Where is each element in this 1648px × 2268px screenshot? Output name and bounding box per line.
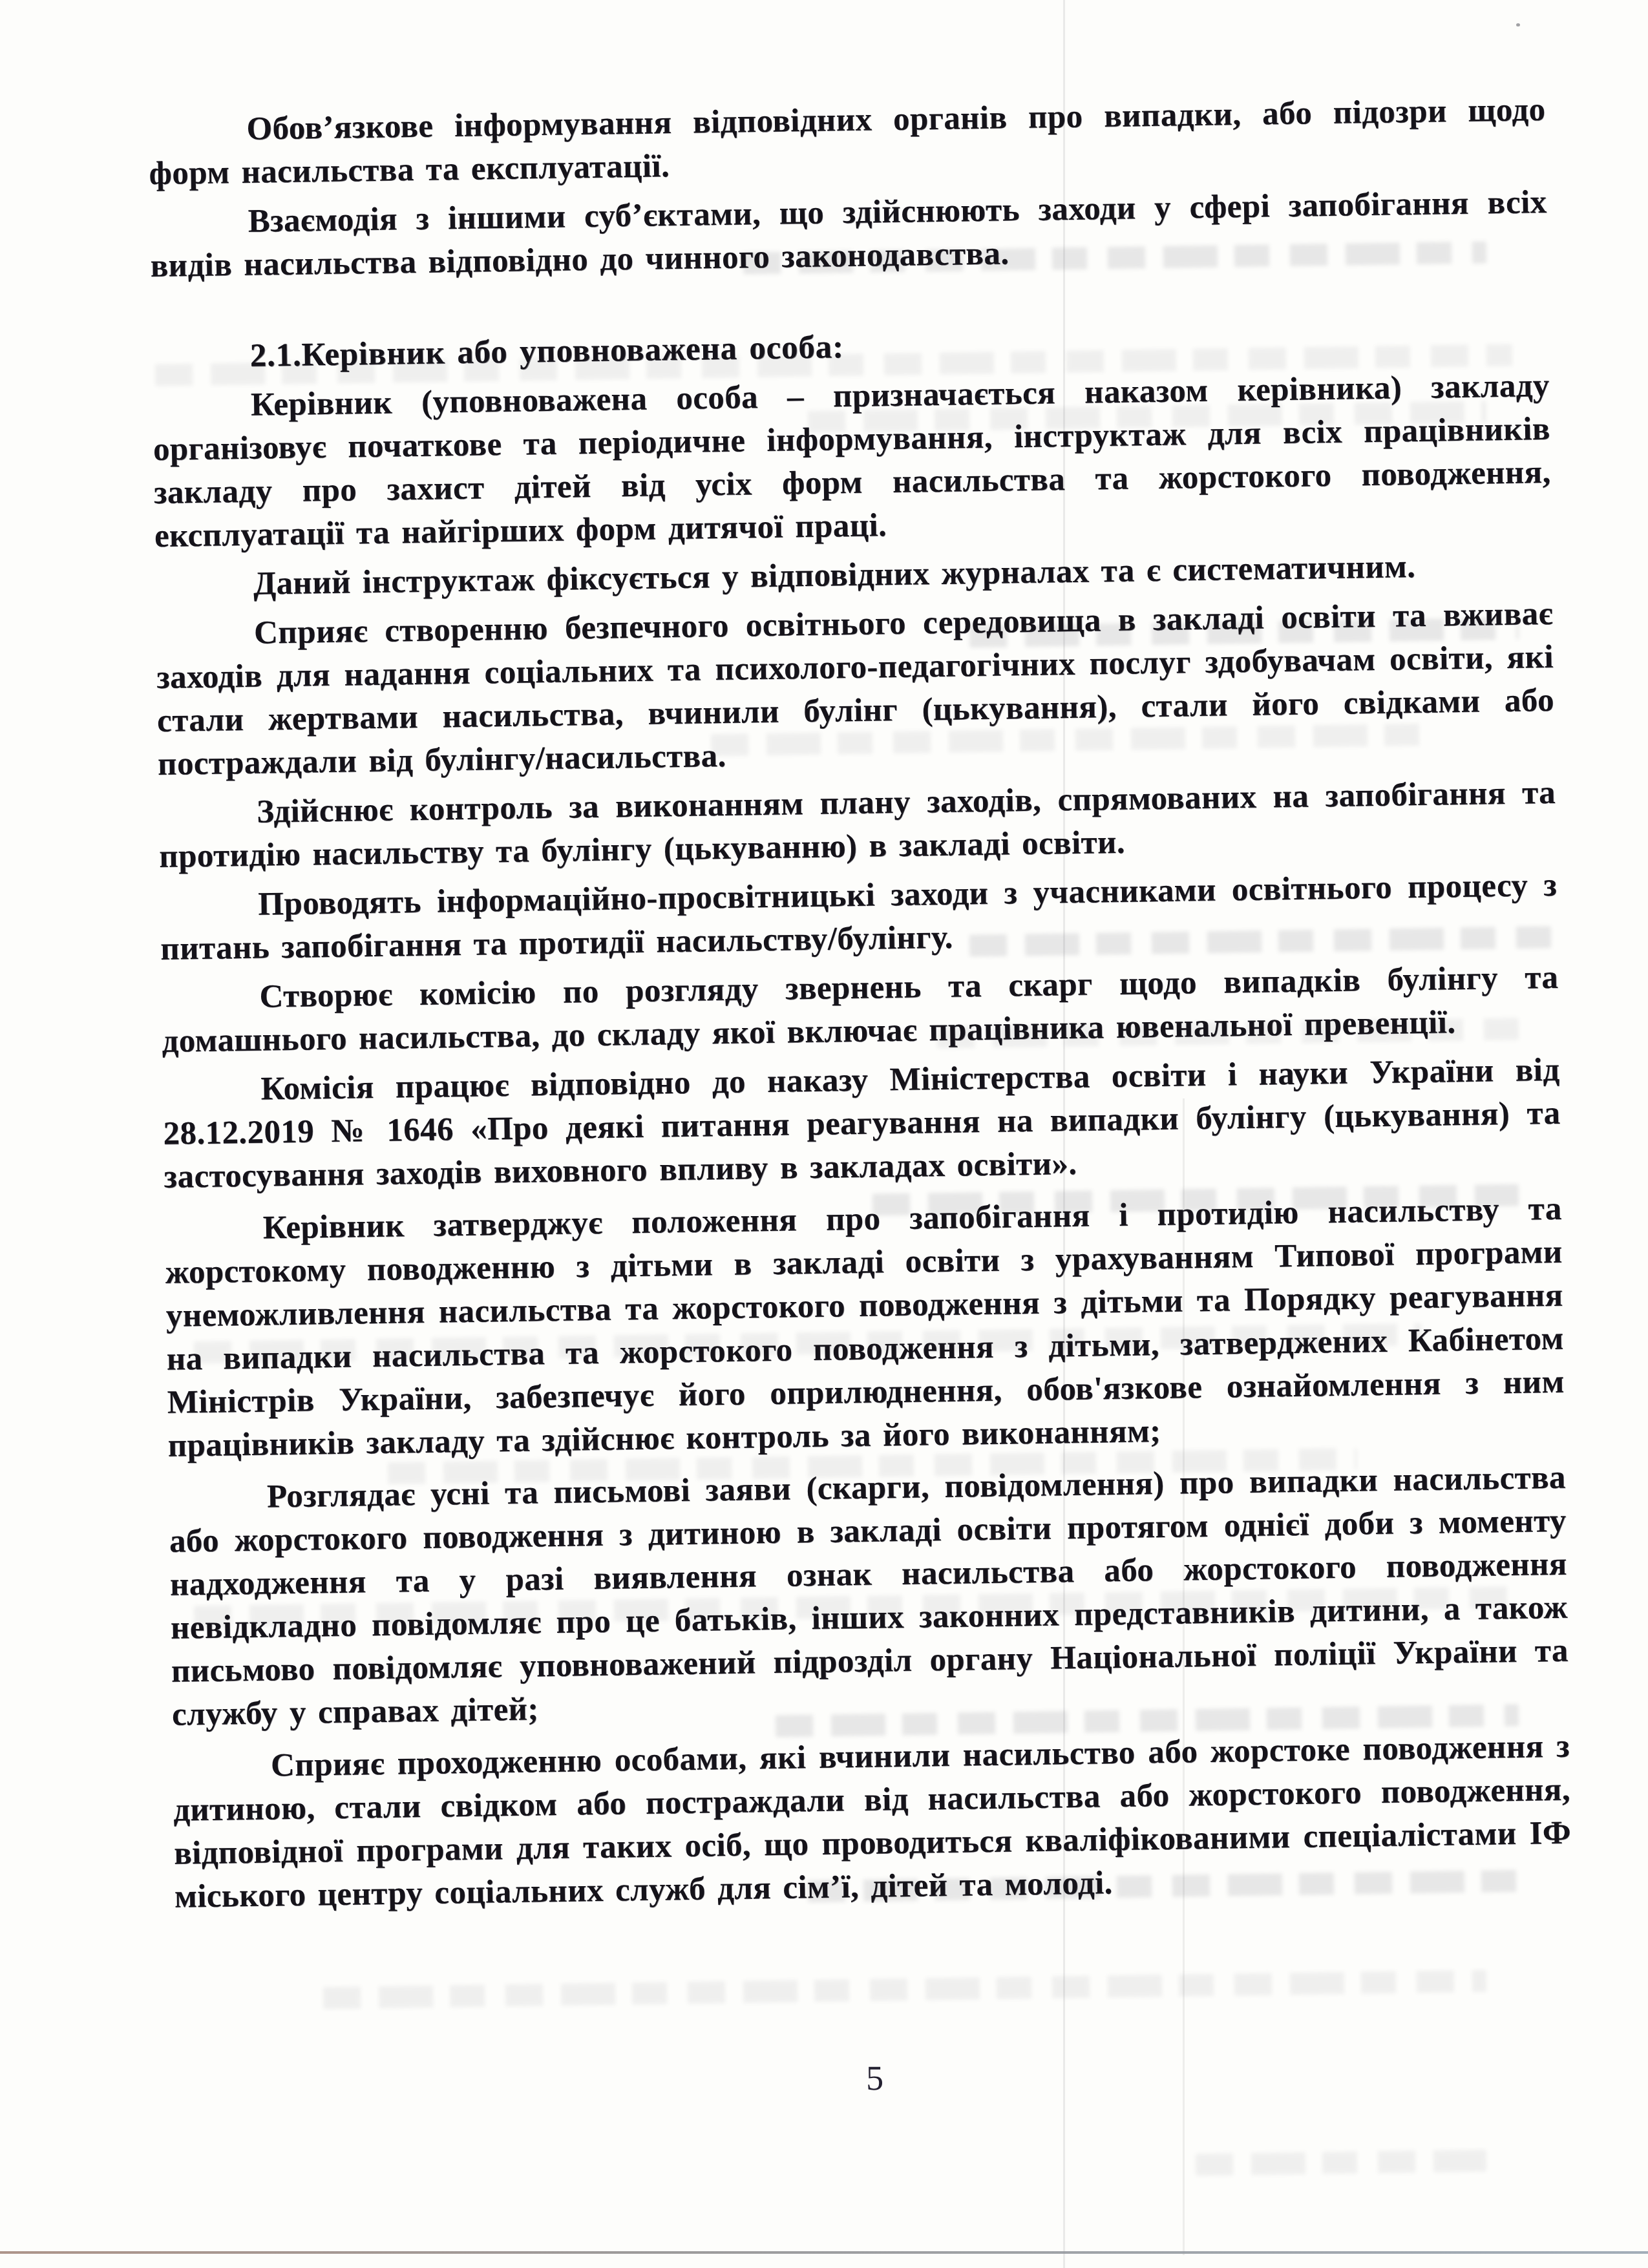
bleed-through-artifact	[1196, 2150, 1486, 2176]
document-page: Обов’язкове інформування відповідних орг…	[0, 0, 1648, 2268]
paragraph: Сприяє проходженню особами, які вчинили …	[173, 1725, 1572, 1919]
paragraph: Взаємодія з іншими суб’єктами, що здійсн…	[149, 181, 1548, 288]
paragraph: Розглядає усні та письмові заяви (скарги…	[168, 1456, 1569, 1737]
bleed-through-artifact	[323, 1970, 1486, 2010]
paragraph: Керівник (уповноважена особа – призначає…	[152, 364, 1552, 558]
paragraph: Створює комісію по розгляду звернень та …	[161, 956, 1559, 1064]
paragraph: Обов’язкове інформування відповідних орг…	[148, 89, 1547, 196]
paragraph: Керівник затверджує положення про запобі…	[164, 1188, 1565, 1468]
paragraph: Комісія працює відповідно до наказу Міні…	[162, 1049, 1561, 1199]
paragraph: Сприяє створенню безпечного освітнього с…	[156, 593, 1556, 786]
page-number: 5	[866, 2058, 884, 2098]
paragraph: Проводять інформаційно-просвітницькі зах…	[160, 864, 1558, 971]
paragraph: Здійснює контроль за виконанням плану за…	[158, 772, 1557, 879]
scan-edge-line	[0, 2251, 1648, 2254]
document-text-block: Обов’язкове інформування відповідних орг…	[0, 0, 1648, 1921]
